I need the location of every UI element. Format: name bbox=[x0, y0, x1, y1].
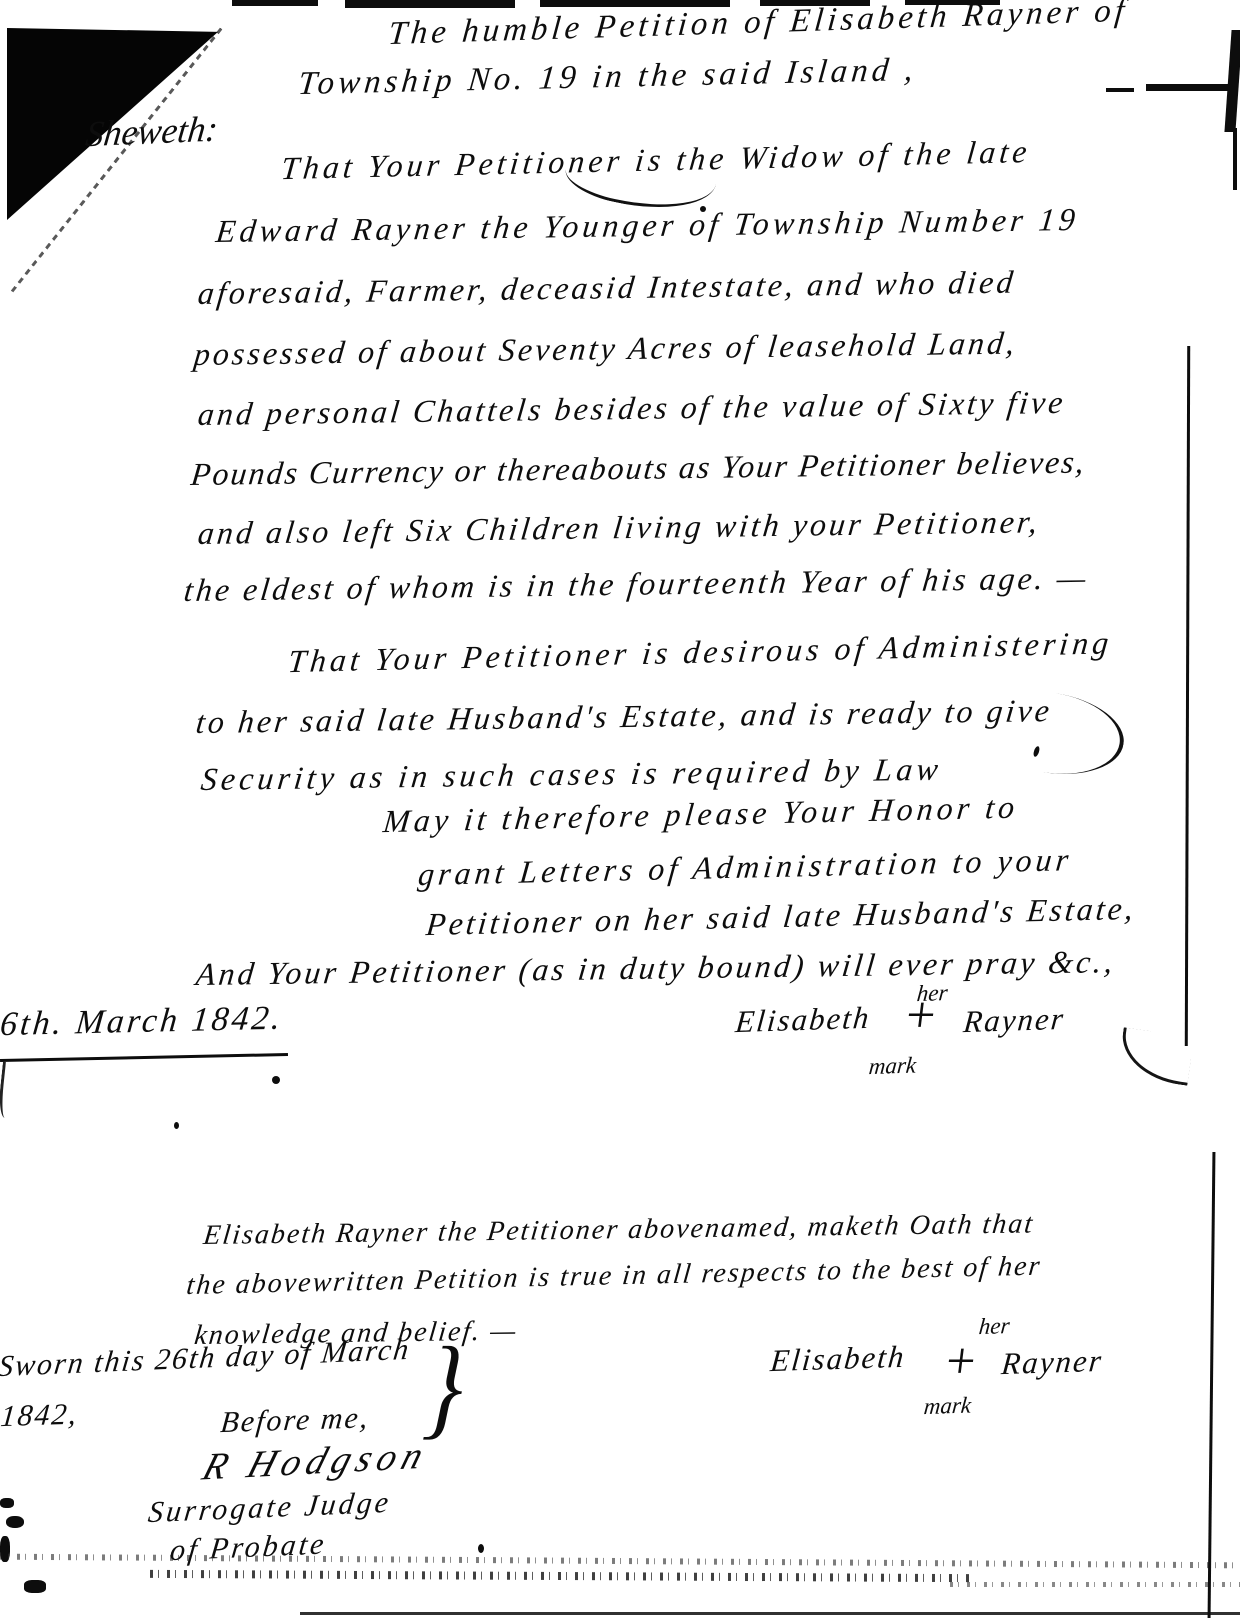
petition-body-line: Pounds Currency or thereabouts as Your P… bbox=[190, 446, 1088, 491]
before-me-label: Before me, bbox=[219, 1403, 371, 1438]
sworn-line-1: Sworn this 26th day of March bbox=[0, 1335, 412, 1382]
petition-body-line: possessed of about Seventy Acres of leas… bbox=[193, 327, 1020, 371]
signature-first-name: Elisabeth bbox=[769, 1341, 907, 1376]
petition-body-line: aforesaid, Farmer, deceasid Intestate, a… bbox=[197, 266, 1018, 309]
officiant-title-line-1: Surrogate Judge bbox=[147, 1488, 393, 1528]
petition-body-line: the eldest of whom is in the fourteenth … bbox=[183, 561, 1091, 606]
signature-mark-label: mark bbox=[868, 1054, 917, 1079]
scan-right-line-hook bbox=[1117, 1027, 1194, 1085]
sworn-brace: } bbox=[421, 1330, 466, 1443]
petition-document-scan: The humble Petition of Elisabeth Rayner … bbox=[0, 0, 1240, 1622]
petition-body-line: Edward Rayner the Younger of Township Nu… bbox=[215, 203, 1081, 247]
petition-heading-line-2: Township No. 19 in the said Island , bbox=[297, 54, 919, 101]
ink-blot bbox=[0, 1498, 14, 1508]
pen-flourish bbox=[1036, 692, 1130, 784]
petition-prayer-line: Petitioner on her said late Husband's Es… bbox=[425, 892, 1138, 940]
oath-line: Elisabeth Rayner the Petitioner abovenam… bbox=[202, 1210, 1036, 1250]
ink-blot bbox=[24, 1580, 46, 1593]
petition-sheweth: Sheweth: bbox=[84, 110, 220, 152]
signature-cross-mark: + bbox=[900, 990, 941, 1042]
signature-last-name: Rayner bbox=[1000, 1345, 1104, 1379]
signature-last-name: Rayner bbox=[962, 1003, 1066, 1037]
ink-blot bbox=[6, 1516, 24, 1528]
scan-noise-band bbox=[950, 1582, 1240, 1587]
petition-closing-line: And Your Petitioner (as in duty bound) w… bbox=[195, 945, 1118, 990]
signature-her-label: her bbox=[978, 1314, 1011, 1338]
petition-body-line: and also left Six Children living with y… bbox=[197, 505, 1042, 549]
scan-right-margin-line bbox=[1185, 346, 1190, 1046]
petition-body-line: That Your Petitioner is desirous of Admi… bbox=[287, 626, 1114, 677]
petition-body-line: Security as in such cases is required by… bbox=[200, 753, 944, 795]
scan-ink-mark bbox=[1146, 84, 1230, 91]
scan-right-margin-line bbox=[1208, 1152, 1216, 1618]
oath-line: the abovewritten Petition is true in all… bbox=[185, 1253, 1043, 1300]
ink-dot bbox=[478, 1544, 484, 1553]
scan-ink-mark bbox=[1106, 88, 1134, 92]
scan-top-edge-fragment bbox=[232, 0, 318, 6]
petition-prayer-line: grant Letters of Administration to your bbox=[417, 843, 1074, 890]
petition-prayer-line: May it therefore please Your Honor to bbox=[382, 791, 1020, 837]
date-underline bbox=[0, 1053, 288, 1062]
ink-dot bbox=[272, 1076, 280, 1084]
scan-noise-band bbox=[150, 1570, 970, 1582]
sworn-line-2: 1842, bbox=[0, 1400, 79, 1433]
petition-date: 6th. March 1842. bbox=[0, 1002, 285, 1043]
officiant-signature: R Hodgson bbox=[198, 1436, 433, 1486]
petition-body-line: and personal Chattels besides of the val… bbox=[197, 386, 1068, 430]
scan-margin-mark bbox=[0, 1061, 16, 1118]
signature-mark-label: mark bbox=[923, 1394, 972, 1419]
ink-dot bbox=[174, 1122, 179, 1129]
scan-top-edge-fragment bbox=[345, 0, 515, 8]
scan-bottom-line bbox=[300, 1612, 1240, 1615]
petition-body-line: to her said late Husband's Estate, and i… bbox=[195, 694, 1054, 738]
scan-ink-mark bbox=[1233, 128, 1237, 190]
signature-cross-mark: + bbox=[940, 1336, 981, 1388]
scan-ink-mark bbox=[1224, 30, 1240, 132]
petition-body-line: That Your Petitioner is the Widow of the… bbox=[280, 135, 1033, 184]
signature-first-name: Elisabeth bbox=[734, 1002, 872, 1037]
